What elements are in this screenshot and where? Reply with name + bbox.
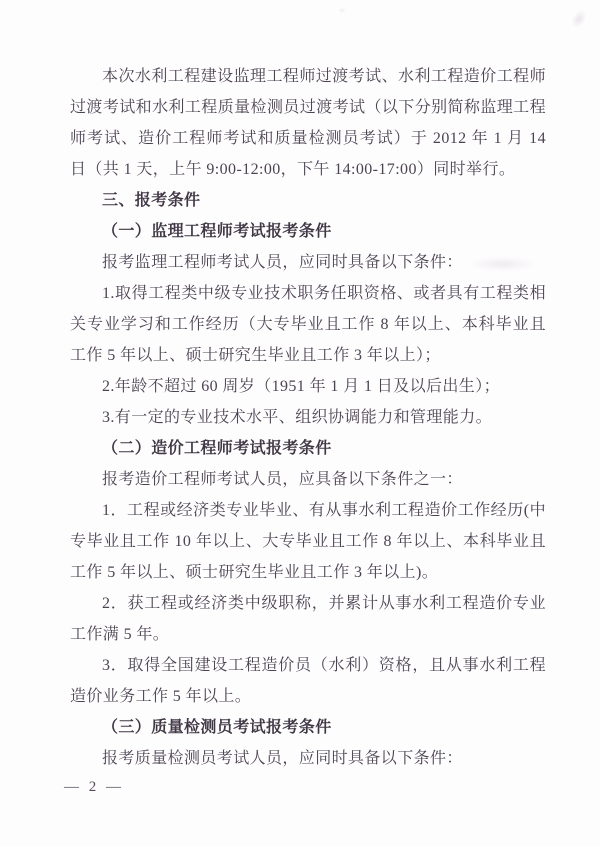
page-number: — 2 — bbox=[64, 779, 124, 796]
intro-paragraph: 本次水利工程建设监理工程师过渡考试、水利工程造价工程师过渡考试和水利工程质量检测… bbox=[70, 61, 546, 185]
subsection-heading-quality-inspector: （三）质量检测员考试报考条件 bbox=[70, 712, 546, 743]
cost-condition-2: 2．获工程或经济类中级职称，并累计从事水利工程造价专业工作满 5 年。 bbox=[70, 588, 546, 650]
cost-condition-3: 3．取得全国建设工程造价员（水利）资格，且从事水利工程造价业务工作 5 年以上。 bbox=[70, 650, 546, 712]
cost-engineer-lead-in: 报考造价工程师考试人员，应具备以下条件之一： bbox=[70, 464, 546, 495]
cost-condition-1: 1．工程或经济类专业毕业、有从事水利工程造价工作经历(中专毕业且工作 10 年以… bbox=[70, 495, 546, 588]
supervision-engineer-lead-in: 报考监理工程师考试人员，应同时具备以下条件： bbox=[70, 247, 546, 278]
scanned-document-page: 本次水利工程建设监理工程师过渡考试、水利工程造价工程师过渡考试和水利工程质量检测… bbox=[0, 0, 600, 846]
supervision-condition-3: 3.有一定的专业技术水平、组织协调能力和管理能力。 bbox=[70, 402, 546, 433]
subsection-heading-supervision-engineer: （一）监理工程师考试报考条件 bbox=[70, 216, 546, 247]
document-body: 本次水利工程建设监理工程师过渡考试、水利工程造价工程师过渡考试和水利工程质量检测… bbox=[70, 61, 546, 774]
supervision-condition-2: 2.年龄不超过 60 周岁（1951 年 1 月 1 日及以后出生）； bbox=[70, 371, 546, 402]
quality-inspector-lead-in: 报考质量检测员考试人员，应同时具备以下条件： bbox=[70, 743, 546, 774]
supervision-condition-1: 1.取得工程类中级专业技术职务任职资格、或者具有工程类相关专业学习和工作经历（大… bbox=[70, 278, 546, 371]
subsection-heading-cost-engineer: （二）造价工程师考试报考条件 bbox=[70, 433, 546, 464]
section-heading-registration-conditions: 三、报考条件 bbox=[70, 185, 546, 216]
scan-artifact-top-middle bbox=[338, 8, 346, 13]
scan-artifact-top-right bbox=[567, 6, 591, 32]
